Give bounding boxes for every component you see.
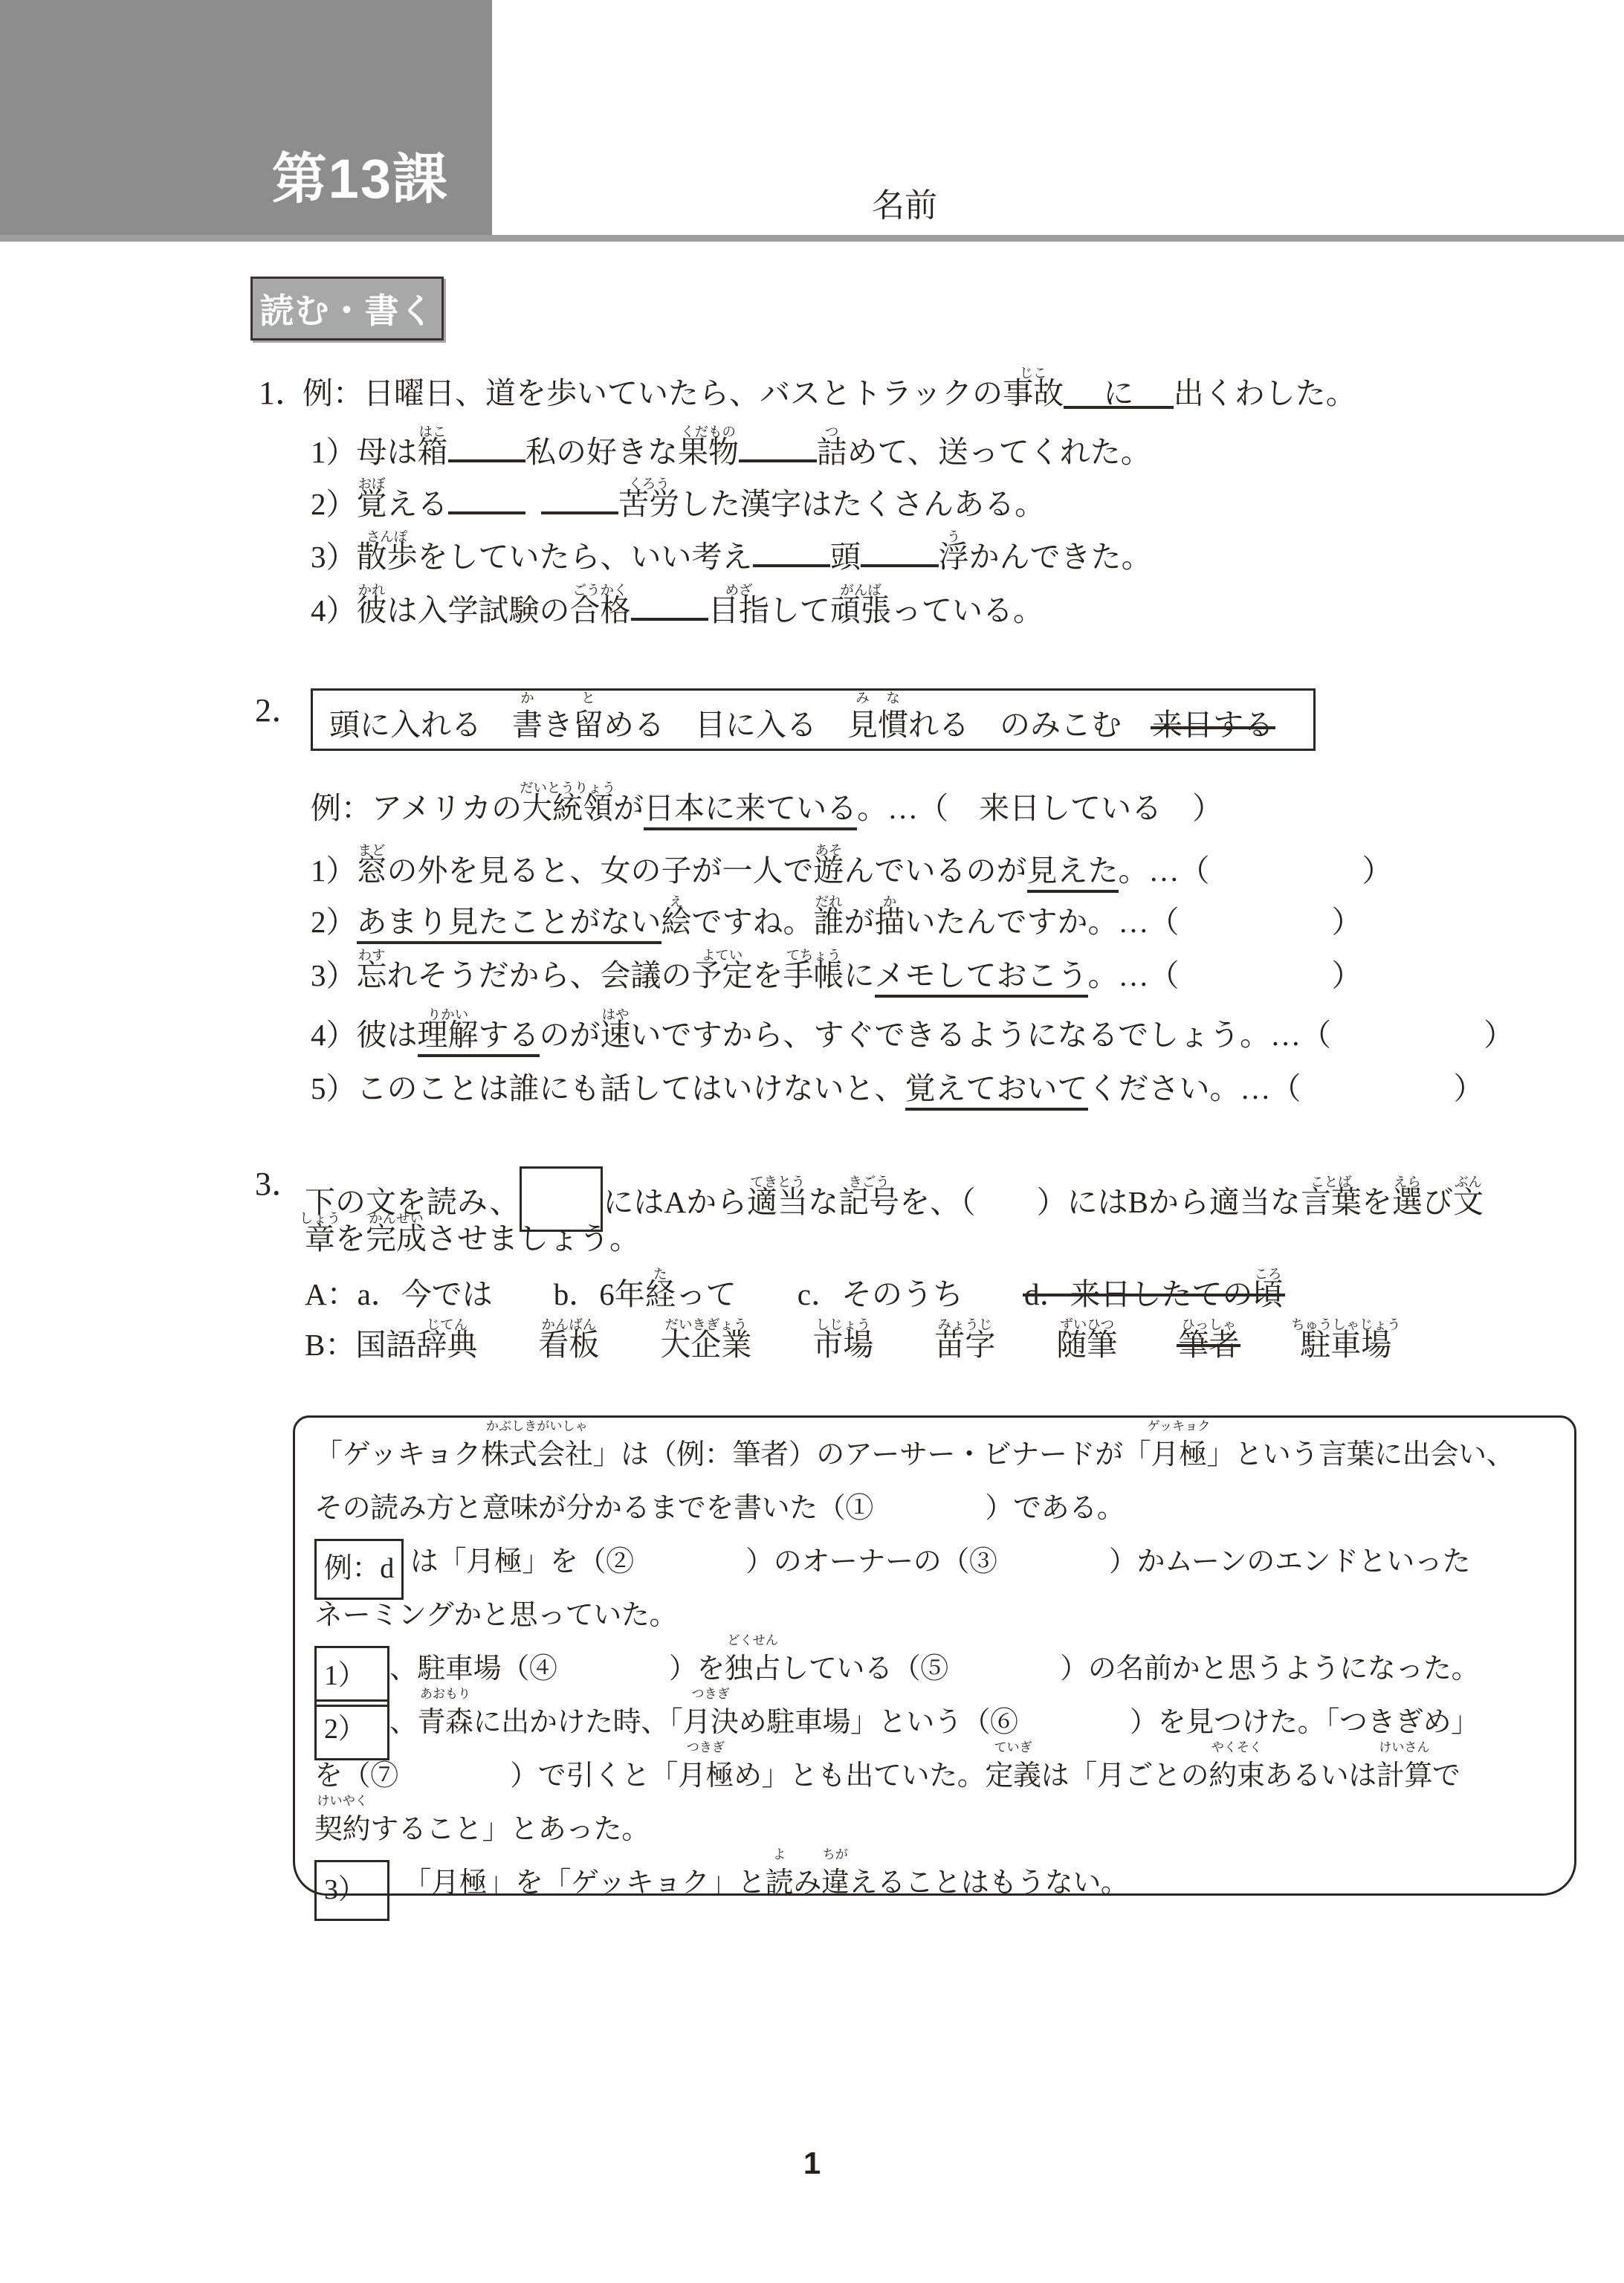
ruby-text: 詰つ [817, 434, 847, 471]
ruby-text: 随筆ずいひつ [1056, 1327, 1117, 1363]
ruby-text: 理解りかい [418, 1017, 479, 1053]
header-divider-rule [0, 235, 1624, 242]
ruby-text: 経た [645, 1276, 676, 1313]
section2-item-5: 5）このことは誰にも話してはいけないと、覚えておいてください。…（ ） [311, 1071, 1484, 1107]
ruby-text: 描か [875, 904, 905, 940]
ruby-text: 箱はこ [418, 434, 448, 471]
lesson-title: 第13課 [272, 135, 449, 214]
section2-item-1: 1）窓まどの外を見ると、女の子が一人で遊あそんでいるのが見えた。…（ ） [311, 853, 1393, 889]
name-field-label: 名前 [872, 178, 937, 226]
fill-in-blank [448, 481, 526, 514]
ruby-text: 合格ごうかく [570, 592, 631, 629]
ruby-text: 約束やくそく [1209, 1749, 1264, 1803]
ruby-text: 読よ [766, 1856, 794, 1910]
ruby-text: 速はや [601, 1017, 631, 1053]
section3-number: 3． [255, 1166, 304, 1202]
ruby-text: 辞典じてん [416, 1327, 477, 1363]
ruby-text: 市場しじょう [812, 1327, 873, 1363]
ruby-text: 記号きごう [838, 1184, 899, 1221]
section1-number: 1． [259, 375, 308, 411]
underlined-text: 覚えておいて [905, 1071, 1088, 1111]
ruby-text: 看板かんばん [538, 1327, 599, 1363]
section1-example: 例：日曜日、道を歩いていたら、バスとトラックの事故じこに出くわした。 [303, 375, 1356, 412]
ruby-text: 遊あそ [814, 853, 844, 889]
worksheet-page: 第13課 名前 読む・書く 1． 例：日曜日、道を歩いていたら、バスとトラックの… [0, 0, 1624, 2283]
ruby-text: 目指めざ [708, 592, 769, 629]
ruby-text: 大統領だいとうりょう [522, 790, 613, 827]
ruby-text: 散歩さんぽ [357, 539, 418, 575]
ruby-text: 頃ころ [1253, 1276, 1284, 1313]
ruby-text: 大企業だいきぎょう [660, 1327, 751, 1363]
passage-line-3: 例：d は「月極」を（② ）のオーナーの（③ ）かムーンのエンドといった [314, 1535, 1555, 1589]
ruby-text: 定義ていぎ [985, 1749, 1041, 1803]
section3-instruction-line2: 章しょうを完成かんせいさせましょう。 [305, 1221, 640, 1257]
ruby-text: 忘わす [357, 958, 387, 994]
ruby-text: 浮う [939, 539, 969, 575]
section2-example: 例：アメリカの大統領だいとうりょうが日本に来ている。…（ 来日している ） [311, 790, 1223, 827]
page-number: 1 [0, 2145, 1624, 2181]
ruby-text: 誰だれ [814, 904, 844, 940]
ruby-text: 選えら [1392, 1184, 1423, 1221]
passage-line-6: 2） 、青森あおもりに出かけた時、「月決つきぎめ駐車場」という（⑥ ）を見つけた… [314, 1696, 1555, 1749]
passage-line-9: 3） 「月極」を「ゲッキョク」と読よみ違ちがえることはもうない。 [314, 1856, 1555, 1910]
ruby-text: 事故じこ [1003, 375, 1064, 412]
ruby-text: 絵え [661, 904, 692, 940]
ruby-text: 青森あおもり [417, 1696, 473, 1749]
ruby-text: 言葉ことば [1301, 1184, 1362, 1221]
ruby-text: 章しょう [305, 1221, 335, 1257]
ruby-text: 手帳てちょう [783, 958, 844, 994]
ruby-text: 予定よてい [692, 958, 753, 994]
ruby-text: 彼かれ [357, 592, 387, 629]
ruby-text: 留と [573, 700, 604, 744]
ruby-text: 苗字みょうじ [934, 1327, 995, 1363]
passage-line-8: 契約けいやくすること」とあった。 [314, 1803, 1555, 1856]
section1-item-4: 4）彼かれは入学試験の合格ごうかく目指めざして頑張がんばっている。 [311, 587, 1044, 629]
ruby-text: 月極ゲッキョク [1151, 1428, 1206, 1482]
section2-item-4: 4）彼は理解りかいするのが速はやいですから、すぐできるようになるでしょう。…（ … [311, 1017, 1514, 1053]
ruby-text: 独占どくせん [725, 1642, 780, 1696]
passage-line-2: その読み方と意味が分かるまでを書いた（① ）である。 [314, 1482, 1555, 1535]
fill-in-blank [753, 534, 831, 567]
ruby-text: 筆者ひっしゃ [1178, 1327, 1239, 1363]
section1-item-3: 3）散歩さんぽをしていたら、いい考え頭浮うかんできた。 [311, 534, 1152, 575]
example-answer-blank: に [1064, 375, 1174, 409]
underlined-text: あまり見たことがない [357, 905, 661, 944]
ruby-text: 月極つきぎ [678, 1749, 734, 1803]
fill-in-blank [448, 429, 526, 462]
lesson-header-block: 第13課 [0, 0, 492, 235]
reading-writing-badge: 読む・書く [250, 277, 444, 340]
section3-options-a: A：a．今では b．6年経たって c．そのうち d．来日したての頃ころ [305, 1276, 1284, 1313]
section2-word-choice-box: 頭に入れる 書かき留とめる 目に入る 見み慣なれる のみこむ 来日する [311, 688, 1316, 751]
section1-item-2: 2）覚おぼえる 苦労くろうした漢字はたくさんある。 [311, 481, 1045, 523]
ruby-text: 果物くだもの [678, 434, 739, 471]
underlined-text: メモしておこう [875, 958, 1088, 998]
ruby-text: 完成かんせい [366, 1221, 427, 1257]
fill-in-blank [861, 534, 939, 567]
ruby-text: 見み [847, 700, 878, 744]
ruby-text: 書か [512, 700, 543, 744]
underlined-text: 理解りかいする [418, 1018, 540, 1057]
passage-line-1: 「ゲッキョク株式会社かぶしきがいしゃ」は（例：筆者）のアーサー・ビナードが「月極… [314, 1428, 1555, 1482]
section3-passage-box: 「ゲッキョク株式会社かぶしきがいしゃ」は（例：筆者）のアーサー・ビナードが「月極… [293, 1415, 1576, 1896]
passage-line-5: 1） 、駐車場（④ ）を独占どくせんしている（⑤ ）の名前かと思うようになった。 [314, 1642, 1555, 1696]
strikethrough-text: 筆者ひっしゃ [1178, 1328, 1239, 1362]
ruby-text: 契約けいやく [314, 1803, 370, 1856]
section3-options-b: B：国語辞典じてん 看板かんばん 大企業だいきぎょう 市場しじょう 苗字みょうじ… [305, 1327, 1391, 1363]
ruby-text: 文ぶん [1453, 1184, 1484, 1221]
ruby-text: 株式会社かぶしきがいしゃ [481, 1428, 592, 1482]
section2-item-2: 2）あまり見たことがない絵えですね。誰だれが描かいたんですか。…（ ） [311, 904, 1362, 940]
section2-number: 2． [255, 693, 304, 729]
ruby-text: 駐車場ちゅうしゃじょう [1300, 1327, 1391, 1363]
ruby-text: 適当てきとう [747, 1184, 808, 1221]
fill-in-blank [631, 587, 709, 621]
strikethrough-text: d．来日したての頃ころ [1024, 1277, 1284, 1311]
ruby-text: 慣な [878, 700, 908, 744]
underlined-text: 日本に来ている [644, 791, 857, 830]
underlined-text: 見えた [1027, 853, 1119, 893]
passage-line-7: を（⑦ ）で引くと「月極つきぎめ」とも出ていた。定義ていぎは「月ごとの約束やくそ… [314, 1749, 1555, 1803]
fill-in-blank [739, 429, 817, 462]
ruby-text: 窓まど [357, 853, 387, 889]
passage-line-4: ネーミングかと思っていた。 [314, 1589, 1555, 1642]
ruby-text: 苦労くろう [618, 486, 679, 523]
ruby-text: 覚おぼ [357, 486, 387, 523]
ruby-text: 違ちが [821, 1856, 850, 1910]
answer-box: 3） [314, 1860, 389, 1921]
strikethrough-text: 来日する [1152, 700, 1274, 744]
section2-item-3: 3）忘わすれそうだから、会議の予定よていを手帳てちょうにメモしておこう。…（ ） [311, 958, 1362, 994]
ruby-text: 頑張がんば [830, 592, 891, 629]
section1-item-1: 1）母は箱はこ私の好きな果物くだもの詰つめて、送ってくれた。 [311, 429, 1151, 471]
fill-in-blank [541, 481, 619, 514]
ruby-text: 計算けいさん [1376, 1749, 1432, 1803]
